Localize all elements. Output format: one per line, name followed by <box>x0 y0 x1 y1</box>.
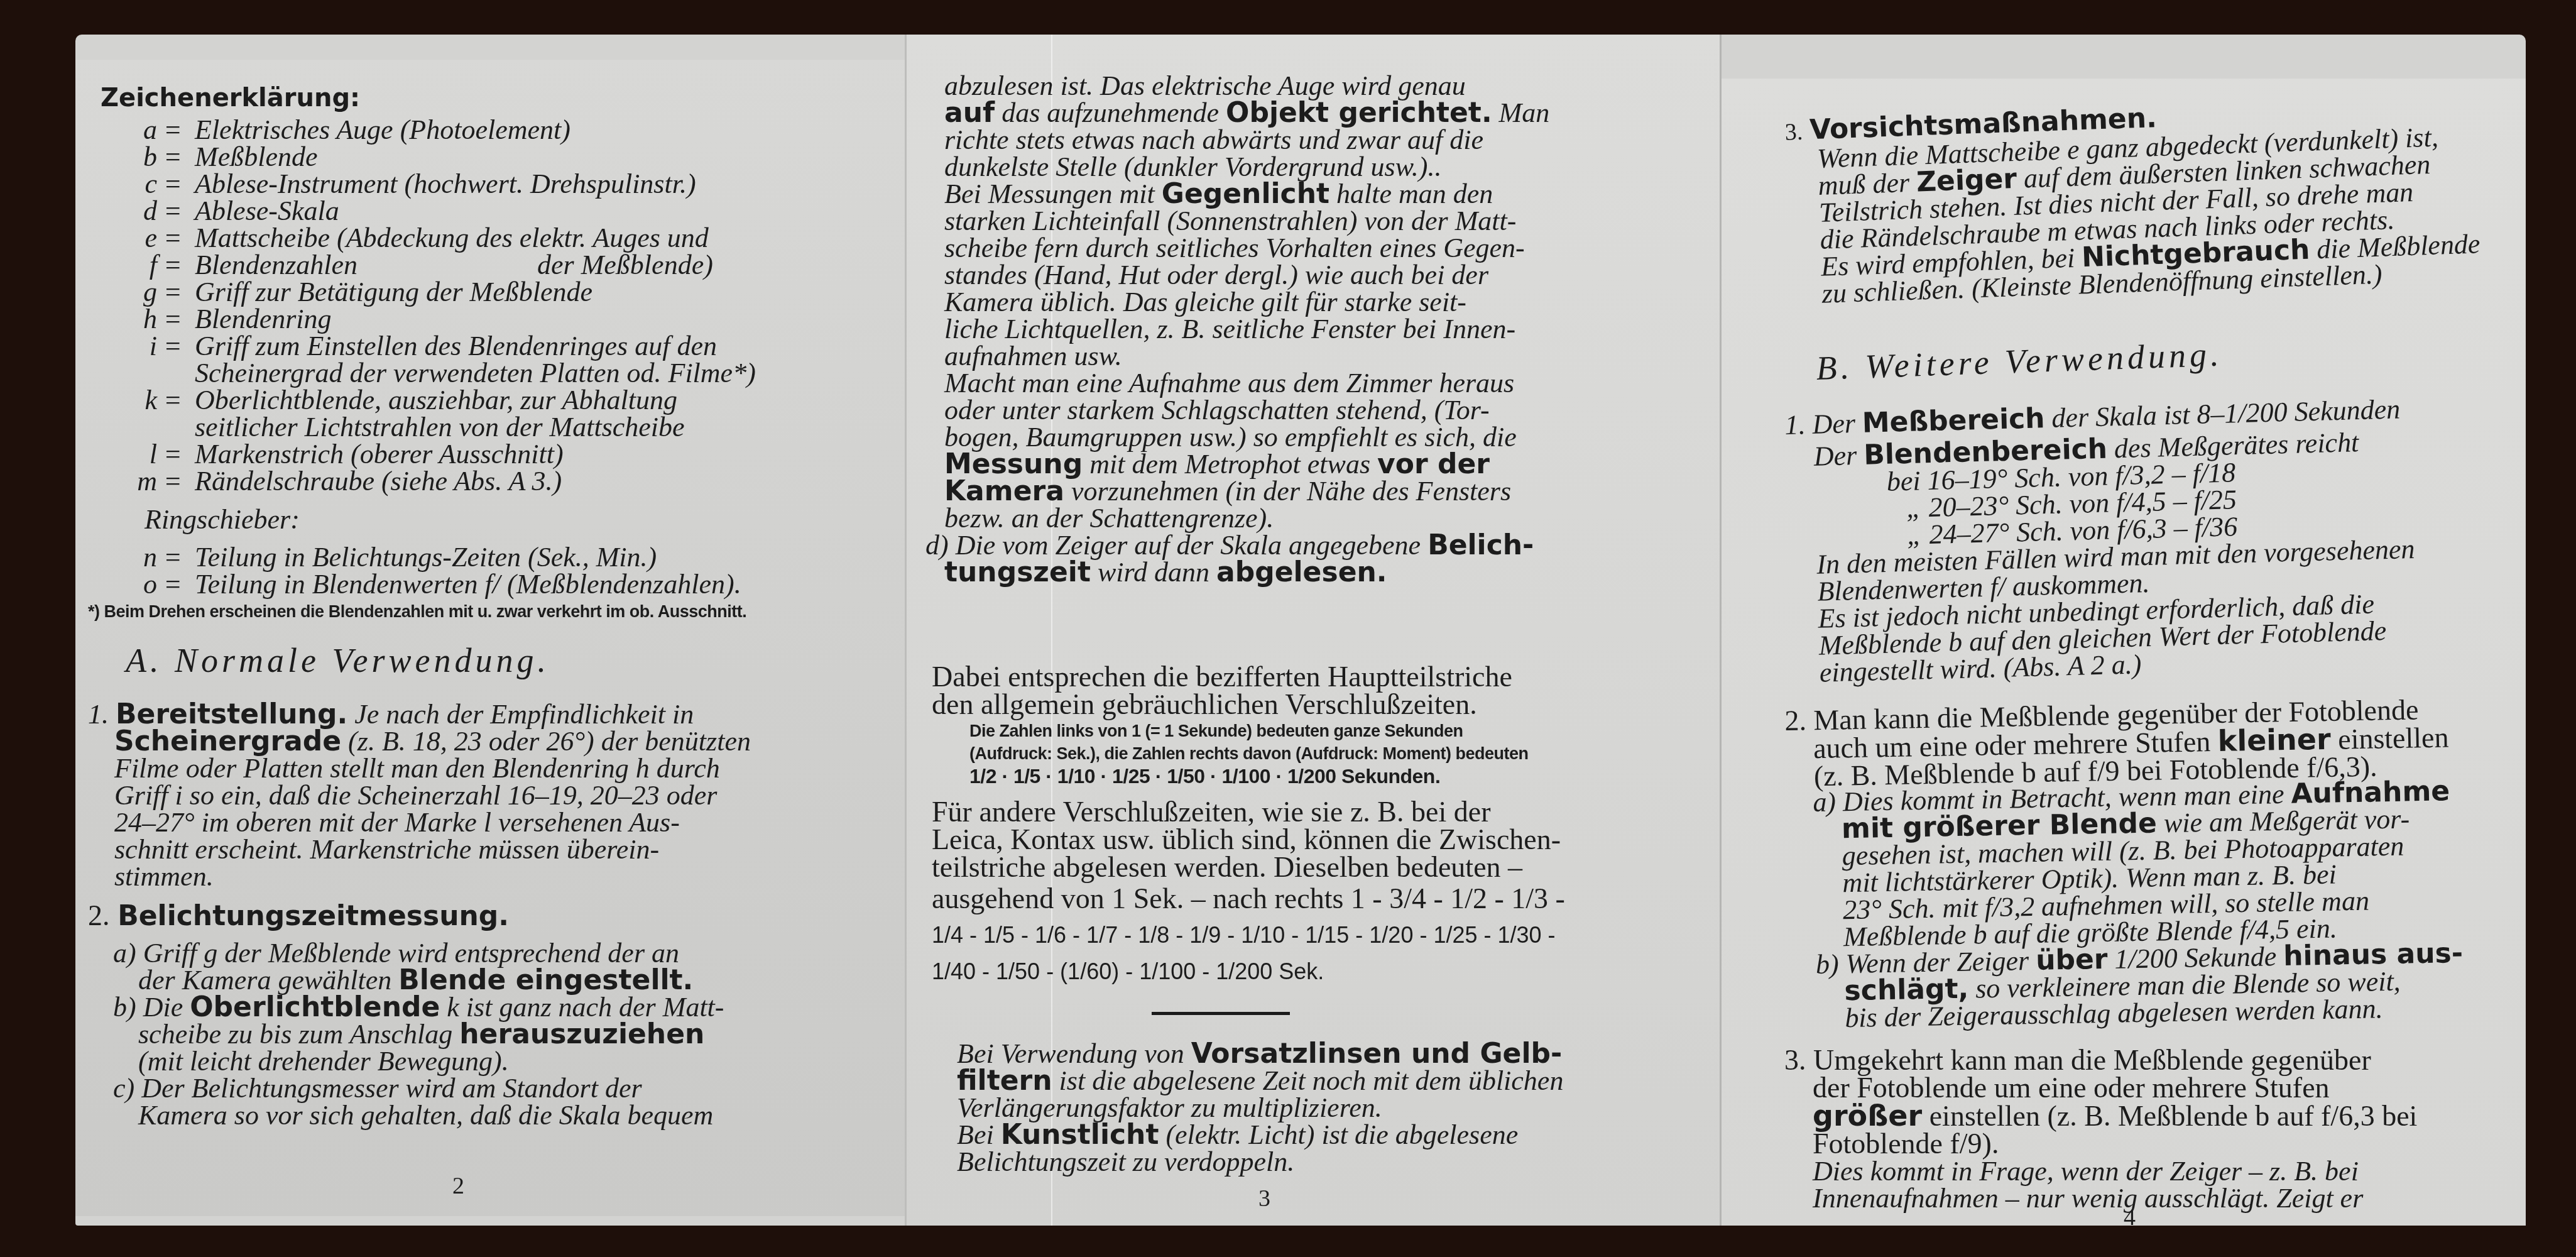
text-line: 3. Umgekehrt kann man die Meßblende gege… <box>1784 1046 2513 1074</box>
legend-key: d <box>113 197 163 224</box>
text-line: Belichtungszeit zu verdoppeln. <box>957 1148 1705 1175</box>
equals-sign <box>163 360 195 387</box>
legend-item: h=Blendenring <box>113 305 880 332</box>
section-b-item-2-subitems: a) Dies kommt in Betracht, wenn man eine… <box>1813 776 2521 1031</box>
item-2-body: a) Griff g der Meßblende wird entspreche… <box>113 940 892 1129</box>
equals-sign: = <box>163 224 195 251</box>
section-b-heading: B. Weitere Verwendung. <box>1816 341 2223 381</box>
legend-item: f=Blendenzahlen der Meßblende) <box>113 251 880 278</box>
page-3-shutter-text: Dabei entsprechen die bezifferten Hauptt… <box>932 663 1705 718</box>
item-2-heading: 2. Belichtungszeitmessung. <box>88 902 509 930</box>
page-number: 2 <box>452 1172 464 1200</box>
text-line: bogen, Baumgruppen usw.) so empfiehlt es… <box>944 424 1698 451</box>
equals-sign: = <box>163 116 195 143</box>
page-3-upper-text: abzulesen ist. Das elektrische Auge wird… <box>944 72 1698 586</box>
equals-sign: = <box>163 544 195 571</box>
legend-item: m=Rändelschraube (siehe Abs. A 3.) <box>113 468 880 495</box>
page-number: 3 <box>1258 1185 1270 1212</box>
shutter-fractions: 1/4 - 1/5 - 1/6 - 1/7 - 1/8 - 1/9 - 1/10… <box>932 921 1705 949</box>
legend-key: m <box>113 468 163 495</box>
text: scheibe zu bis zum Anschlag <box>138 1019 459 1050</box>
text: Je nach der Empfindlichkeit in <box>347 699 694 730</box>
legend-text: Ablese-Skala <box>195 197 339 224</box>
text-line: Dabei entsprechen die bezifferten Hauptt… <box>932 663 1705 691</box>
text-line: (mit leicht drehender Bewegung). <box>113 1048 892 1075</box>
text-line: stimmen. <box>114 863 892 890</box>
text: mit dem Metrophot etwas <box>1083 449 1377 480</box>
text-line: aufnahmen usw. <box>944 343 1698 370</box>
text: vorzunehmen (in der Nähe des Fensters <box>1064 476 1511 507</box>
legend-key: f <box>113 251 163 278</box>
text-line: Kamera üblich. Das gleiche gilt für star… <box>944 288 1698 316</box>
section-b-item-3: 3. Umgekehrt kann man die Meßblende gege… <box>1784 1046 2513 1212</box>
legend-text: Griff zum Einstellen des Blendenringes a… <box>195 332 717 360</box>
legend-text: Markenstrich (oberer Ausschnitt) <box>195 441 564 468</box>
bold-term: Meßbereich <box>1862 402 2045 439</box>
legend-text: Elektrisches Auge (Photoelement) <box>195 116 570 143</box>
text: (elektr. Licht) ist die abgelesene <box>1159 1119 1518 1150</box>
item-number: 2. <box>88 899 110 931</box>
legend-item: k=Oberlichtblende, ausziehbar, zur Abhal… <box>113 387 880 414</box>
text: halte man den <box>1329 178 1493 209</box>
text: Bei <box>957 1119 1001 1150</box>
text-line: teilstriche abgelesen werden. Dieselben … <box>932 854 1705 881</box>
equals-sign: = <box>163 441 195 468</box>
legend-list: a=Elektrisches Auge (Photoelement)b=Meßb… <box>113 116 880 495</box>
text: wird dann <box>1091 557 1216 588</box>
text: (z. B. 18, 23 oder 26°) der benützten <box>341 726 751 757</box>
bold-term: abgelesen. <box>1216 556 1387 588</box>
legend-key: h <box>113 305 163 332</box>
footnote: *) Beim Drehen erscheinen die Blendenzah… <box>88 600 746 623</box>
legend-item: c=Ablese-Instrument (hochwert. Drehspuli… <box>113 170 880 197</box>
bold-term: Belich- <box>1427 529 1534 561</box>
legend-text: Rändelschraube (siehe Abs. A 3.) <box>195 468 562 495</box>
equals-sign: = <box>163 170 195 197</box>
text-line: dunkelste Stelle (dunkler Vordergrund us… <box>944 153 1698 180</box>
legend-item: a=Elektrisches Auge (Photoelement) <box>113 116 880 143</box>
text-line: Filme oder Platten stellt man den Blende… <box>114 755 892 782</box>
text-line: bezw. an der Schattengrenze). <box>944 505 1698 532</box>
text-line: richte stets etwas nach abwärts und zwar… <box>944 126 1698 153</box>
equals-sign: = <box>163 571 195 598</box>
text-line: Leica, Kontax usw. üblich sind, können d… <box>932 826 1705 854</box>
equals-sign: = <box>163 468 195 495</box>
text-line: Griff i so ein, daß die Scheinerzahl 16–… <box>114 782 892 809</box>
shutter-note: Die Zahlen links von 1 (= 1 Sekunde) bed… <box>969 720 1711 788</box>
legend-text: Oberlichtblende, ausziehbar, zur Abhaltu… <box>195 387 677 414</box>
legend-key: o <box>113 571 163 598</box>
legend-key: n <box>113 544 163 571</box>
legend-item: n=Teilung in Belichtungs-Zeiten (Sek., M… <box>113 544 880 571</box>
text-line: Verlängerungsfaktor zu multiplizieren. <box>957 1094 1705 1121</box>
text-line: oder unter starkem Schlagschatten stehen… <box>944 397 1698 424</box>
text: das aufzunehmende <box>995 97 1226 128</box>
shutter-fractions: 1/2 · 1/5 · 1/10 · 1/25 · 1/50 · 1/100 ·… <box>969 765 1711 788</box>
legend-text: Teilung in Belichtungs-Zeiten (Sek., Min… <box>195 544 657 571</box>
text-line: starken Lichteinfall (Sonnenstrahlen) vo… <box>944 207 1698 234</box>
equals-sign <box>163 414 195 441</box>
item-1-bereitstellung: 1. Bereitstellung. Je nach der Empfindli… <box>88 701 892 890</box>
legend-key: l <box>113 441 163 468</box>
legend-key: c <box>113 170 163 197</box>
legend-item: d=Ablese-Skala <box>113 197 880 224</box>
text-line: Die Zahlen links von 1 (= 1 Sekunde) bed… <box>969 720 1711 742</box>
section-a-heading: A. Normale Verwendung. <box>126 647 550 674</box>
legend-text: Blendenring <box>195 305 332 332</box>
equals-sign: = <box>163 278 195 305</box>
legend-text: Teilung in Blendenwerten f/ (Meßblendenz… <box>195 571 741 598</box>
text-line: Fotoblende f/9). <box>1784 1130 2513 1158</box>
text: Man <box>1492 97 1550 128</box>
equals-sign: = <box>163 387 195 414</box>
equals-sign: = <box>163 143 195 170</box>
legend-item: l=Markenstrich (oberer Ausschnitt) <box>113 441 880 468</box>
legend-key: i <box>113 332 163 360</box>
text-line: (Aufdruck: Sek.), die Zahlen rechts davo… <box>969 742 1711 765</box>
legend-text: Scheinergrad der verwendeten Platten od.… <box>195 360 756 387</box>
text: b) Die <box>113 992 190 1023</box>
text-line: schnitt erscheint. Markenstriche müssen … <box>114 836 892 863</box>
divider-rule <box>1152 1012 1290 1015</box>
section-vorsicht: 3. Vorsichtsmaßnahmen. Wenn die Mattsche… <box>1816 92 2513 307</box>
text-line: standes (Hand, Hut oder dergl.) wie auch… <box>944 261 1698 288</box>
text-line: Dies kommt in Frage, wenn der Zeiger – z… <box>1784 1158 2513 1185</box>
legend-key: e <box>113 224 163 251</box>
text: die Meßblende <box>2309 228 2480 265</box>
text-line: liche Lichtquellen, z. B. seitliche Fens… <box>944 316 1698 343</box>
legend-key <box>113 360 163 387</box>
text: Bei Messungen mit <box>944 178 1162 209</box>
text-line: der Fotoblende um eine oder mehrere Stuf… <box>1784 1074 2513 1102</box>
text-line: c) Der Belichtungsmesser wird am Standor… <box>113 1075 892 1102</box>
legend-item: Scheinergrad der verwendeten Platten od.… <box>113 360 880 387</box>
page-4: 3. Vorsichtsmaßnahmen. Wenn die Mattsche… <box>1722 79 2526 1226</box>
text-line: Macht man eine Aufnahme aus dem Zimmer h… <box>944 370 1698 397</box>
text-line: Für andere Verschlußzeiten, wie sie z. B… <box>932 798 1705 826</box>
text-line: abzulesen ist. Das elektrische Auge wird… <box>944 72 1698 99</box>
legend-text: Mattscheibe (Abdeckung des elektr. Auges… <box>195 224 709 251</box>
text-line: 24–27° im oberen mit der Marke l versehe… <box>114 809 892 836</box>
legend-text: Meßblende <box>195 143 317 170</box>
text-line: den allgemein gebräuchlichen Verschlußze… <box>932 691 1705 718</box>
text: Der <box>1813 440 1864 472</box>
legend-item: b=Meßblende <box>113 143 880 170</box>
text-line: scheibe fern durch seitliches Vorhalten … <box>944 234 1698 261</box>
item-number: 3. <box>1784 119 1803 146</box>
text-line: a) Griff g der Meßblende wird entspreche… <box>113 940 892 967</box>
bold-heading: Belichtungszeitmessung. <box>117 900 509 932</box>
text: ist die abgelesene Zeit noch mit dem übl… <box>1052 1065 1564 1096</box>
equals-sign: = <box>163 332 195 360</box>
equals-sign: = <box>163 305 195 332</box>
ring-title: Ringschieber: <box>145 506 300 533</box>
folded-leaflet: Zeichenerklärung: a=Elektrisches Auge (P… <box>75 35 2526 1226</box>
text: 1. Der <box>1784 408 1863 441</box>
ring-list: n=Teilung in Belichtungs-Zeiten (Sek., M… <box>113 544 880 598</box>
legend-key: a <box>113 116 163 143</box>
legend-title: Zeichenerklärung: <box>101 85 360 111</box>
legend-text: Griff zur Betätigung der Meßblende <box>195 278 592 305</box>
bold-term: tungszeit <box>944 556 1091 588</box>
shutter-fractions: 1/40 - 1/50 - (1/60) - 1/100 - 1/200 Sek… <box>932 958 1705 985</box>
page-3: abzulesen ist. Das elektrische Auge wird… <box>905 35 1722 1226</box>
legend-text: Ablese-Instrument (hochwert. Drehspulins… <box>195 170 696 197</box>
equals-sign: = <box>163 197 195 224</box>
legend-item: o=Teilung in Blendenwerten f/ (Meßblende… <box>113 571 880 598</box>
legend-key: b <box>113 143 163 170</box>
legend-text: seitlicher Lichtstrahlen von der Mattsch… <box>195 414 685 441</box>
legend-key: g <box>113 278 163 305</box>
text-line: Kamera so vor sich gehalten, daß die Ska… <box>113 1102 892 1129</box>
page-3-intermediate-text: Für andere Verschlußzeiten, wie sie z. B… <box>932 798 1705 985</box>
page-number: 4 <box>2124 1204 2136 1231</box>
item-number: 1. <box>88 699 109 730</box>
legend-key <box>113 414 163 441</box>
page-2: Zeichenerklärung: a=Elektrisches Auge (P… <box>75 60 905 1216</box>
text-line: Innenaufnahmen – nur wenig ausschlägt. Z… <box>1784 1185 2513 1212</box>
equals-sign: = <box>163 251 195 278</box>
text-line: ausgehend von 1 Sek. – nach rechts 1 - 3… <box>932 885 1705 913</box>
legend-text: Blendenzahlen der Meßblende) <box>195 251 713 278</box>
legend-item: g=Griff zur Betätigung der Meßblende <box>113 278 880 305</box>
page-3-filter-note: Bei Verwendung von Vorsatzlinsen und Gel… <box>957 1040 1705 1175</box>
legend-item: e=Mattscheibe (Abdeckung des elektr. Aug… <box>113 224 880 251</box>
legend-item: i=Griff zum Einstellen des Blendenringes… <box>113 332 880 360</box>
legend-key: k <box>113 387 163 414</box>
section-b-body: 1. Der Meßbereich der Skala ist 8–1/200 … <box>1784 393 2514 687</box>
legend-item: seitlicher Lichtstrahlen von der Mattsch… <box>113 414 880 441</box>
